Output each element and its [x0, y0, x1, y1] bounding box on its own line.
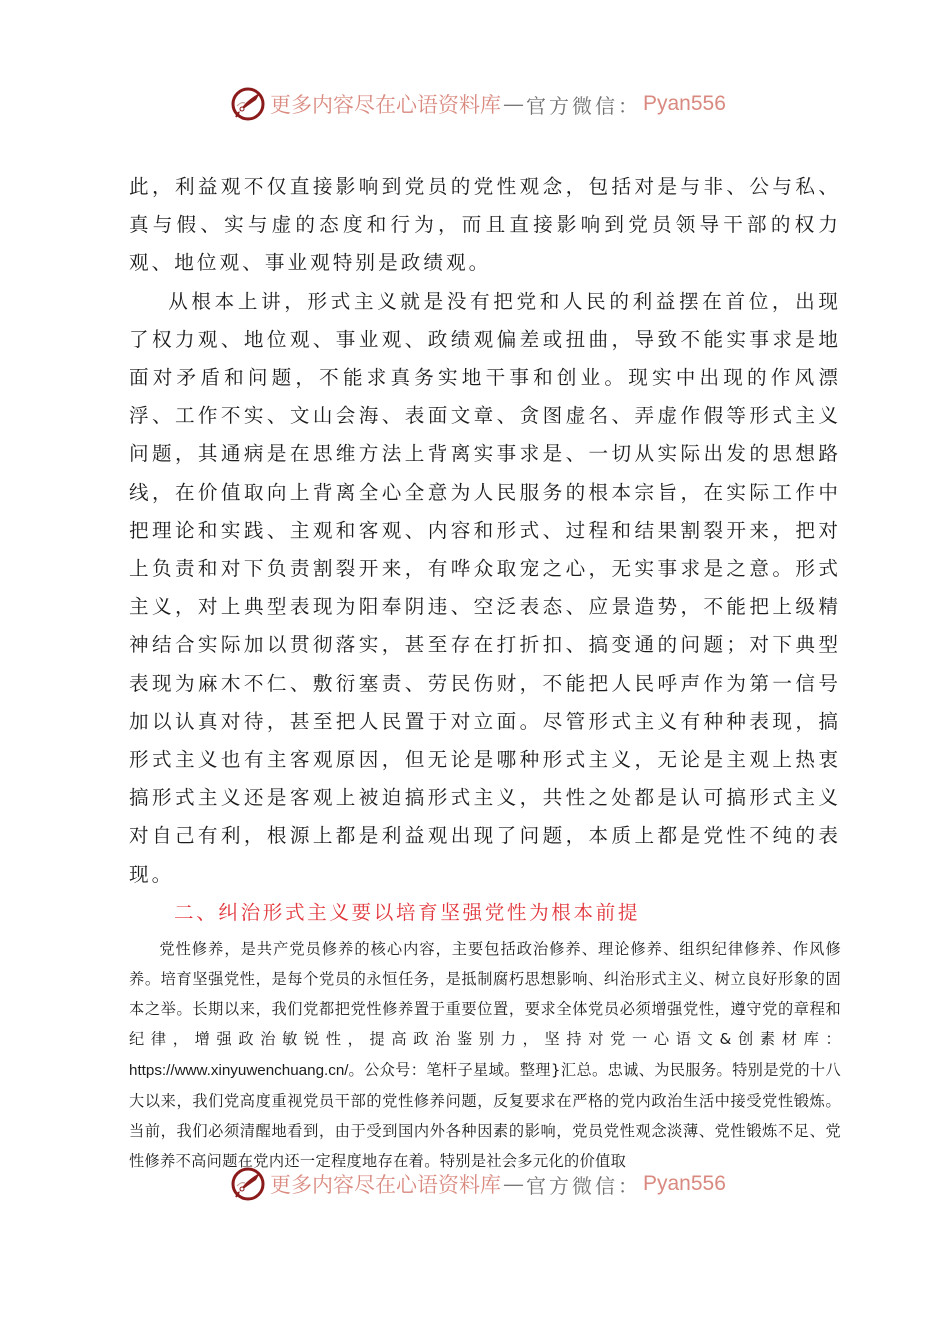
section-heading: 二、纠治形式主义要以培育坚强党性为根本前提: [129, 894, 841, 932]
banner-dash: —: [503, 92, 524, 116]
wechat-id: Pyan556: [643, 1172, 726, 1196]
paragraph-2: 从根本上讲，形式主义就是没有把党和人民的利益摆在首位，出现了权力观、地位观、事业…: [129, 283, 841, 894]
paragraph-1: 此，利益观不仅直接影响到党员的党性观念，包括对是与非、公与私、真与假、实与虚的态…: [129, 168, 841, 283]
wechat-label: 官方微信：: [526, 90, 641, 119]
wechat-label: 官方微信：: [526, 1170, 641, 1199]
paragraph-3: 党性修养，是共产党员修养的核心内容，主要包括政治修养、理论修养、组织纪律修养、作…: [129, 934, 841, 1177]
footer-banner: 更多内容尽在心语资料库 — 官方微信： Pyan556: [230, 1164, 726, 1204]
brand-text: 更多内容尽在心语资料库: [270, 89, 501, 119]
quill-pen-logo-icon: [230, 86, 266, 122]
paragraph-3-url: https://www.xinyuwenchuang.cn/: [129, 1062, 349, 1079]
document-body: 此，利益观不仅直接影响到党员的党性观念，包括对是与非、公与私、真与假、实与虚的态…: [129, 168, 841, 1176]
banner-dash: —: [503, 1172, 524, 1196]
paragraph-3-text-a: 党性修养，是共产党员修养的核心内容，主要包括政治修养、理论修养、组织纪律修养、作…: [129, 940, 841, 1049]
quill-pen-logo-icon: [230, 1166, 266, 1202]
brand-text: 更多内容尽在心语资料库: [270, 1169, 501, 1199]
header-banner: 更多内容尽在心语资料库 — 官方微信： Pyan556: [230, 84, 726, 124]
wechat-id: Pyan556: [643, 92, 726, 116]
